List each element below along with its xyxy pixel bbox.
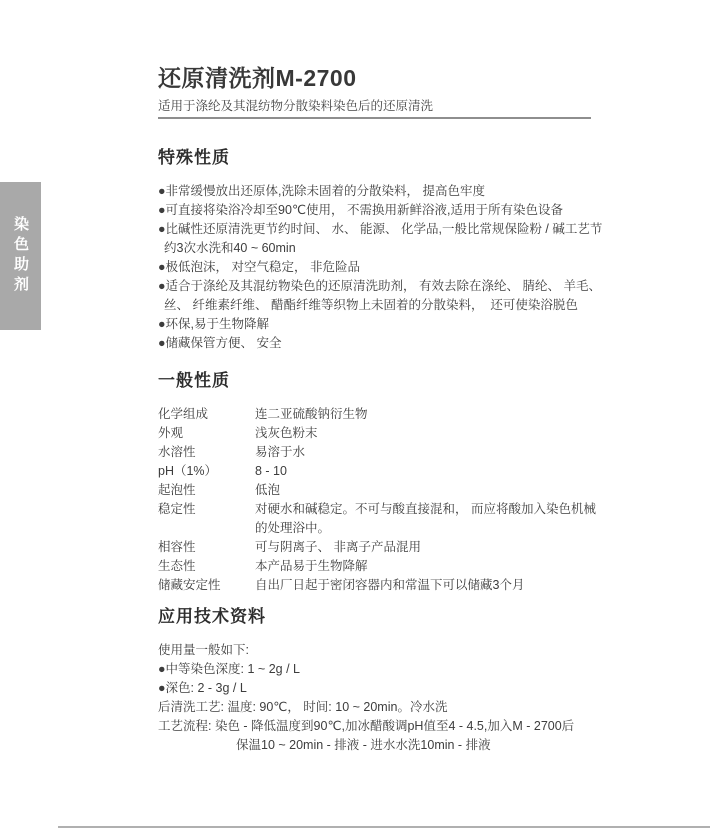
property-label: 起泡性 [158,481,255,500]
section-application-heading: 应用技术资料 [158,607,628,627]
property-row: 化学组成 连二亚硫酸钠衍生物 [158,405,628,424]
text-line: 保温10 ~ 20min - 排液 - 进水水洗10min - 排液 [158,736,628,755]
property-label: 水溶性 [158,443,255,462]
special-bullet-list: ●非常缓慢放出还原体,洗除未固着的分散染料， 提高色牢度 ●可直接将染浴冷却至9… [158,182,628,353]
text-line: 使用量一般如下: [158,641,628,660]
property-value: 低泡 [255,481,280,500]
title-divider [158,117,591,119]
property-row: 储藏安定性 自出厂日起于密闭容器内和常温下可以储藏3个月 [158,576,628,595]
text-line: ●适合于涤纶及其混纺物染色的还原清洗助剂， 有效去除在涤纶、 腈纶、 羊毛、 [158,277,628,296]
section-general-heading: 一般性质 [158,371,628,391]
property-row: 起泡性 低泡 [158,481,628,500]
text-line: 约3次水洗和40 ~ 60min [158,239,628,258]
page-bottom-rule [58,826,710,828]
property-value: 本产品易于生物降解 [255,557,368,576]
property-label: 相容性 [158,538,255,557]
category-side-tab: 染色助剂 [0,182,41,330]
text-line: ●储藏保管方便、 安全 [158,334,628,353]
text-line: ●深色: 2 - 3g / L [158,679,628,698]
product-subtitle: 适用于涤纶及其混纺物分散染料染色后的还原清洗 [158,98,628,114]
general-properties-table: 化学组成 连二亚硫酸钠衍生物 外观 浅灰色粉末 水溶性 易溶于水 pH（1%） … [158,405,628,595]
property-value: 连二亚硫酸钠衍生物 [255,405,368,424]
property-value: 8 - 10 [255,462,287,481]
section-special-heading: 特殊性质 [158,148,628,168]
property-row: 外观 浅灰色粉末 [158,424,628,443]
property-row: 生态性 本产品易于生物降解 [158,557,628,576]
property-row: 稳定性 对硬水和碱稳定。不可与酸直接混和， 而应将酸加入染色机械 的处理浴中。 [158,500,628,538]
text-line: ●中等染色深度: 1 ~ 2g / L [158,660,628,679]
text-line: ●非常缓慢放出还原体,洗除未固着的分散染料， 提高色牢度 [158,182,628,201]
property-label: 稳定性 [158,500,255,519]
property-label: 生态性 [158,557,255,576]
text-line: 丝、 纤维素纤维、 醋酯纤维等织物上未固着的分散染料， 还可使染浴脱色 [158,296,628,315]
property-value: 浅灰色粉末 [255,424,318,443]
text-line: ●比碱性还原清洗更节约时间、 水、 能源、 化学品,一般比常规保险粉 / 碱工艺… [158,220,628,239]
text-line: ●极低泡沫， 对空气稳定， 非危险品 [158,258,628,277]
property-value: 对硬水和碱稳定。不可与酸直接混和， 而应将酸加入染色机械 的处理浴中。 [255,500,596,538]
property-row: 相容性 可与阴离子、 非离子产品混用 [158,538,628,557]
text-line: 工艺流程: 染色 - 降低温度到90℃,加冰醋酸调pH值至4 - 4.5,加入M… [158,717,628,736]
property-value: 易溶于水 [255,443,305,462]
property-value: 可与阴离子、 非离子产品混用 [255,538,421,557]
document-page: 染色助剂 还原清洗剂M-2700 适用于涤纶及其混纺物分散染料染色后的还原清洗 … [0,0,710,834]
category-side-tab-label: 染色助剂 [10,216,31,296]
property-label: 外观 [158,424,255,443]
property-row: pH（1%） 8 - 10 [158,462,628,481]
text-line: ●可直接将染浴冷却至90℃使用， 不需换用新鲜浴液,适用于所有染色设备 [158,201,628,220]
application-line-list: 使用量一般如下: ●中等染色深度: 1 ~ 2g / L ●深色: 2 - 3g… [158,641,628,755]
content-column: 还原清洗剂M-2700 适用于涤纶及其混纺物分散染料染色后的还原清洗 特殊性质 … [158,0,628,755]
property-label: 化学组成 [158,405,255,424]
property-row: 水溶性 易溶于水 [158,443,628,462]
text-line: 后清洗工艺: 温度: 90℃， 时间: 10 ~ 20min。冷水洗 [158,698,628,717]
product-title: 还原清洗剂M-2700 [158,64,628,92]
text-line: ●环保,易于生物降解 [158,315,628,334]
property-label: pH（1%） [158,462,255,481]
property-label: 储藏安定性 [158,576,255,595]
property-value: 自出厂日起于密闭容器内和常温下可以储藏3个月 [255,576,524,595]
